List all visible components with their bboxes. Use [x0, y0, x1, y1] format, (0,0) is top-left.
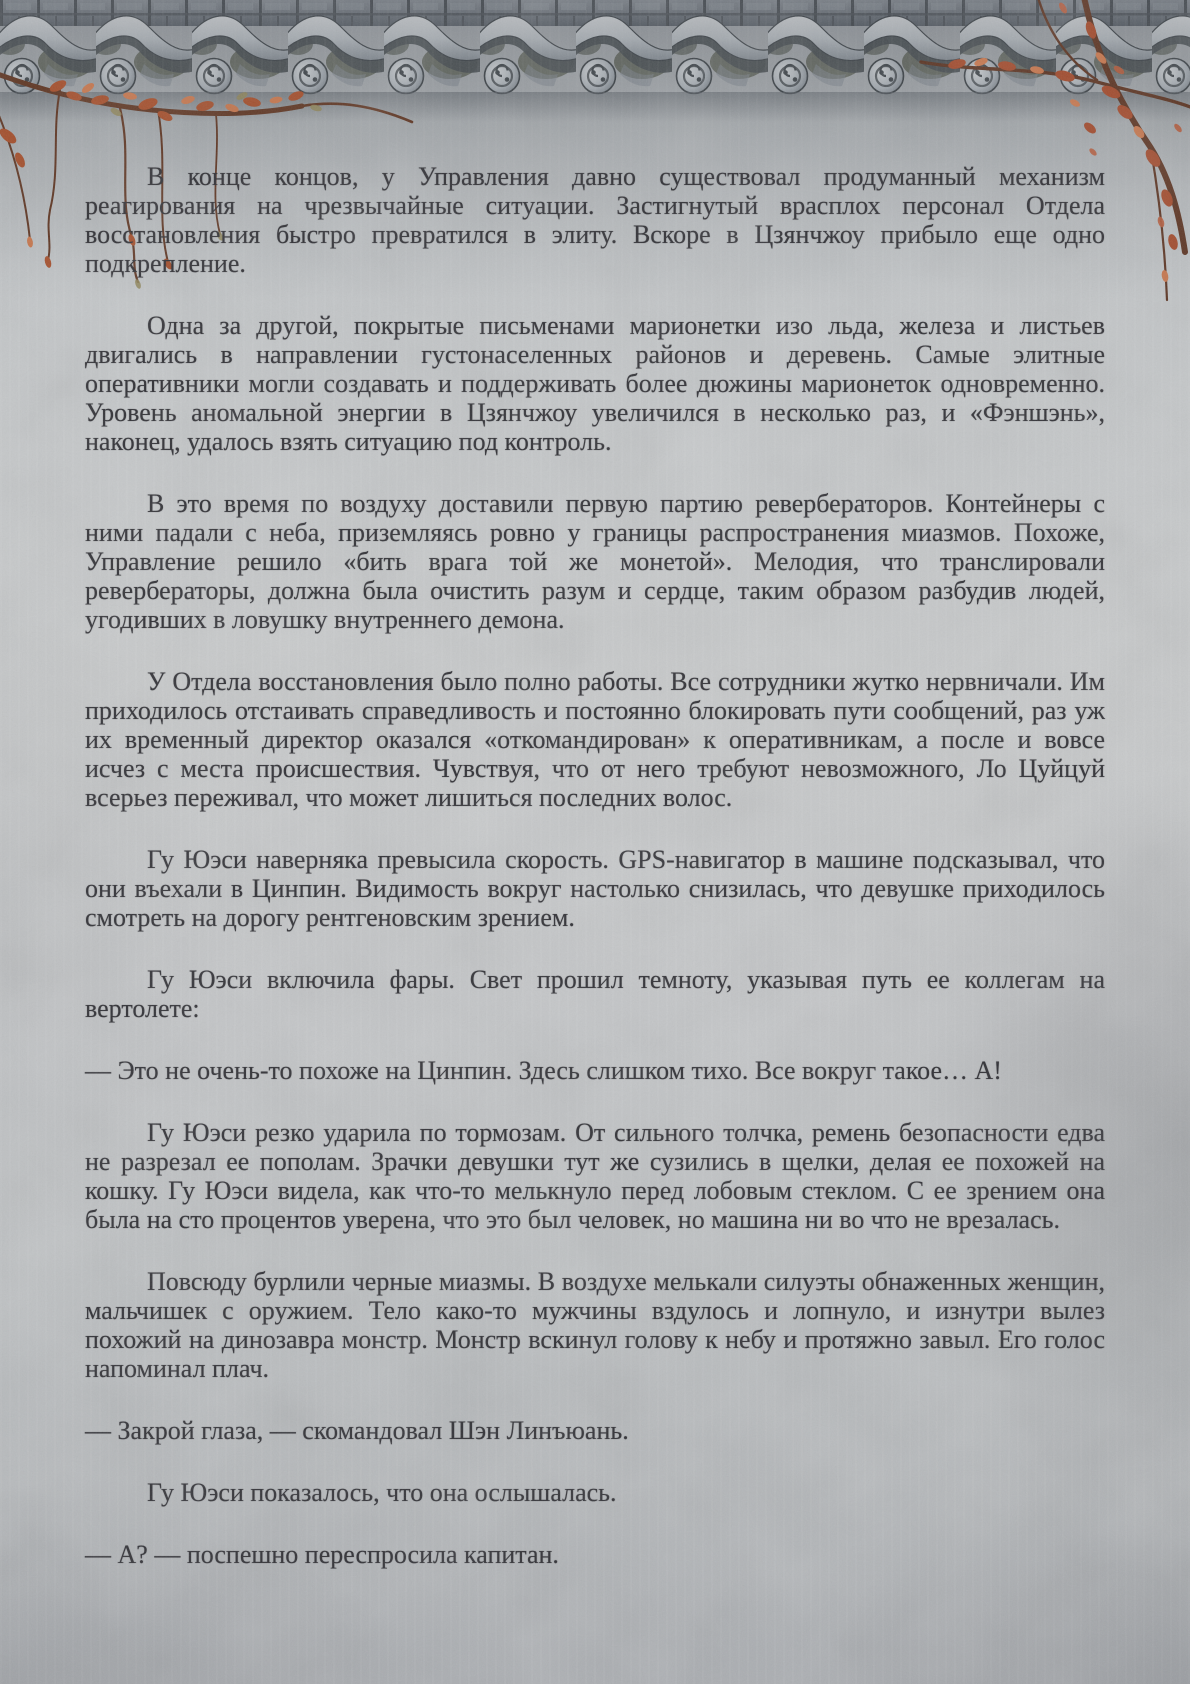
paragraph-3: В это время по воздуху доставили первую … [85, 489, 1105, 634]
paragraph-11: Гу Юэси показалось, что она ослышалась. [85, 1478, 1105, 1507]
book-page: { "page": { "kind": "novel-page", "langu… [0, 0, 1190, 1684]
paragraph-8: Гу Юэси резко ударила по тормозам. От си… [85, 1118, 1105, 1234]
paragraph-5: Гу Юэси наверняка превысила скорость. GP… [85, 845, 1105, 932]
paragraph-7: — Это не очень-то похоже на Цинпин. Здес… [85, 1056, 1105, 1085]
paragraph-2: Одна за другой, покрытые письменами мари… [85, 311, 1105, 456]
paragraph-9: Повсюду бурлили черные миазмы. В воздухе… [85, 1267, 1105, 1383]
paragraph-10: — Закрой глаза, — скомандовал Шэн Линъюа… [85, 1416, 1105, 1445]
paragraph-1: В конце концов, у Управления давно сущес… [85, 162, 1105, 278]
page-text: В конце концов, у Управления давно сущес… [0, 0, 1190, 1602]
paragraph-6: Гу Юэси включила фары. Свет прошил темно… [85, 965, 1105, 1023]
paragraph-12: — А? — поспешно переспросила капитан. [85, 1540, 1105, 1569]
paragraph-4: У Отдела восстановления было полно работ… [85, 667, 1105, 812]
